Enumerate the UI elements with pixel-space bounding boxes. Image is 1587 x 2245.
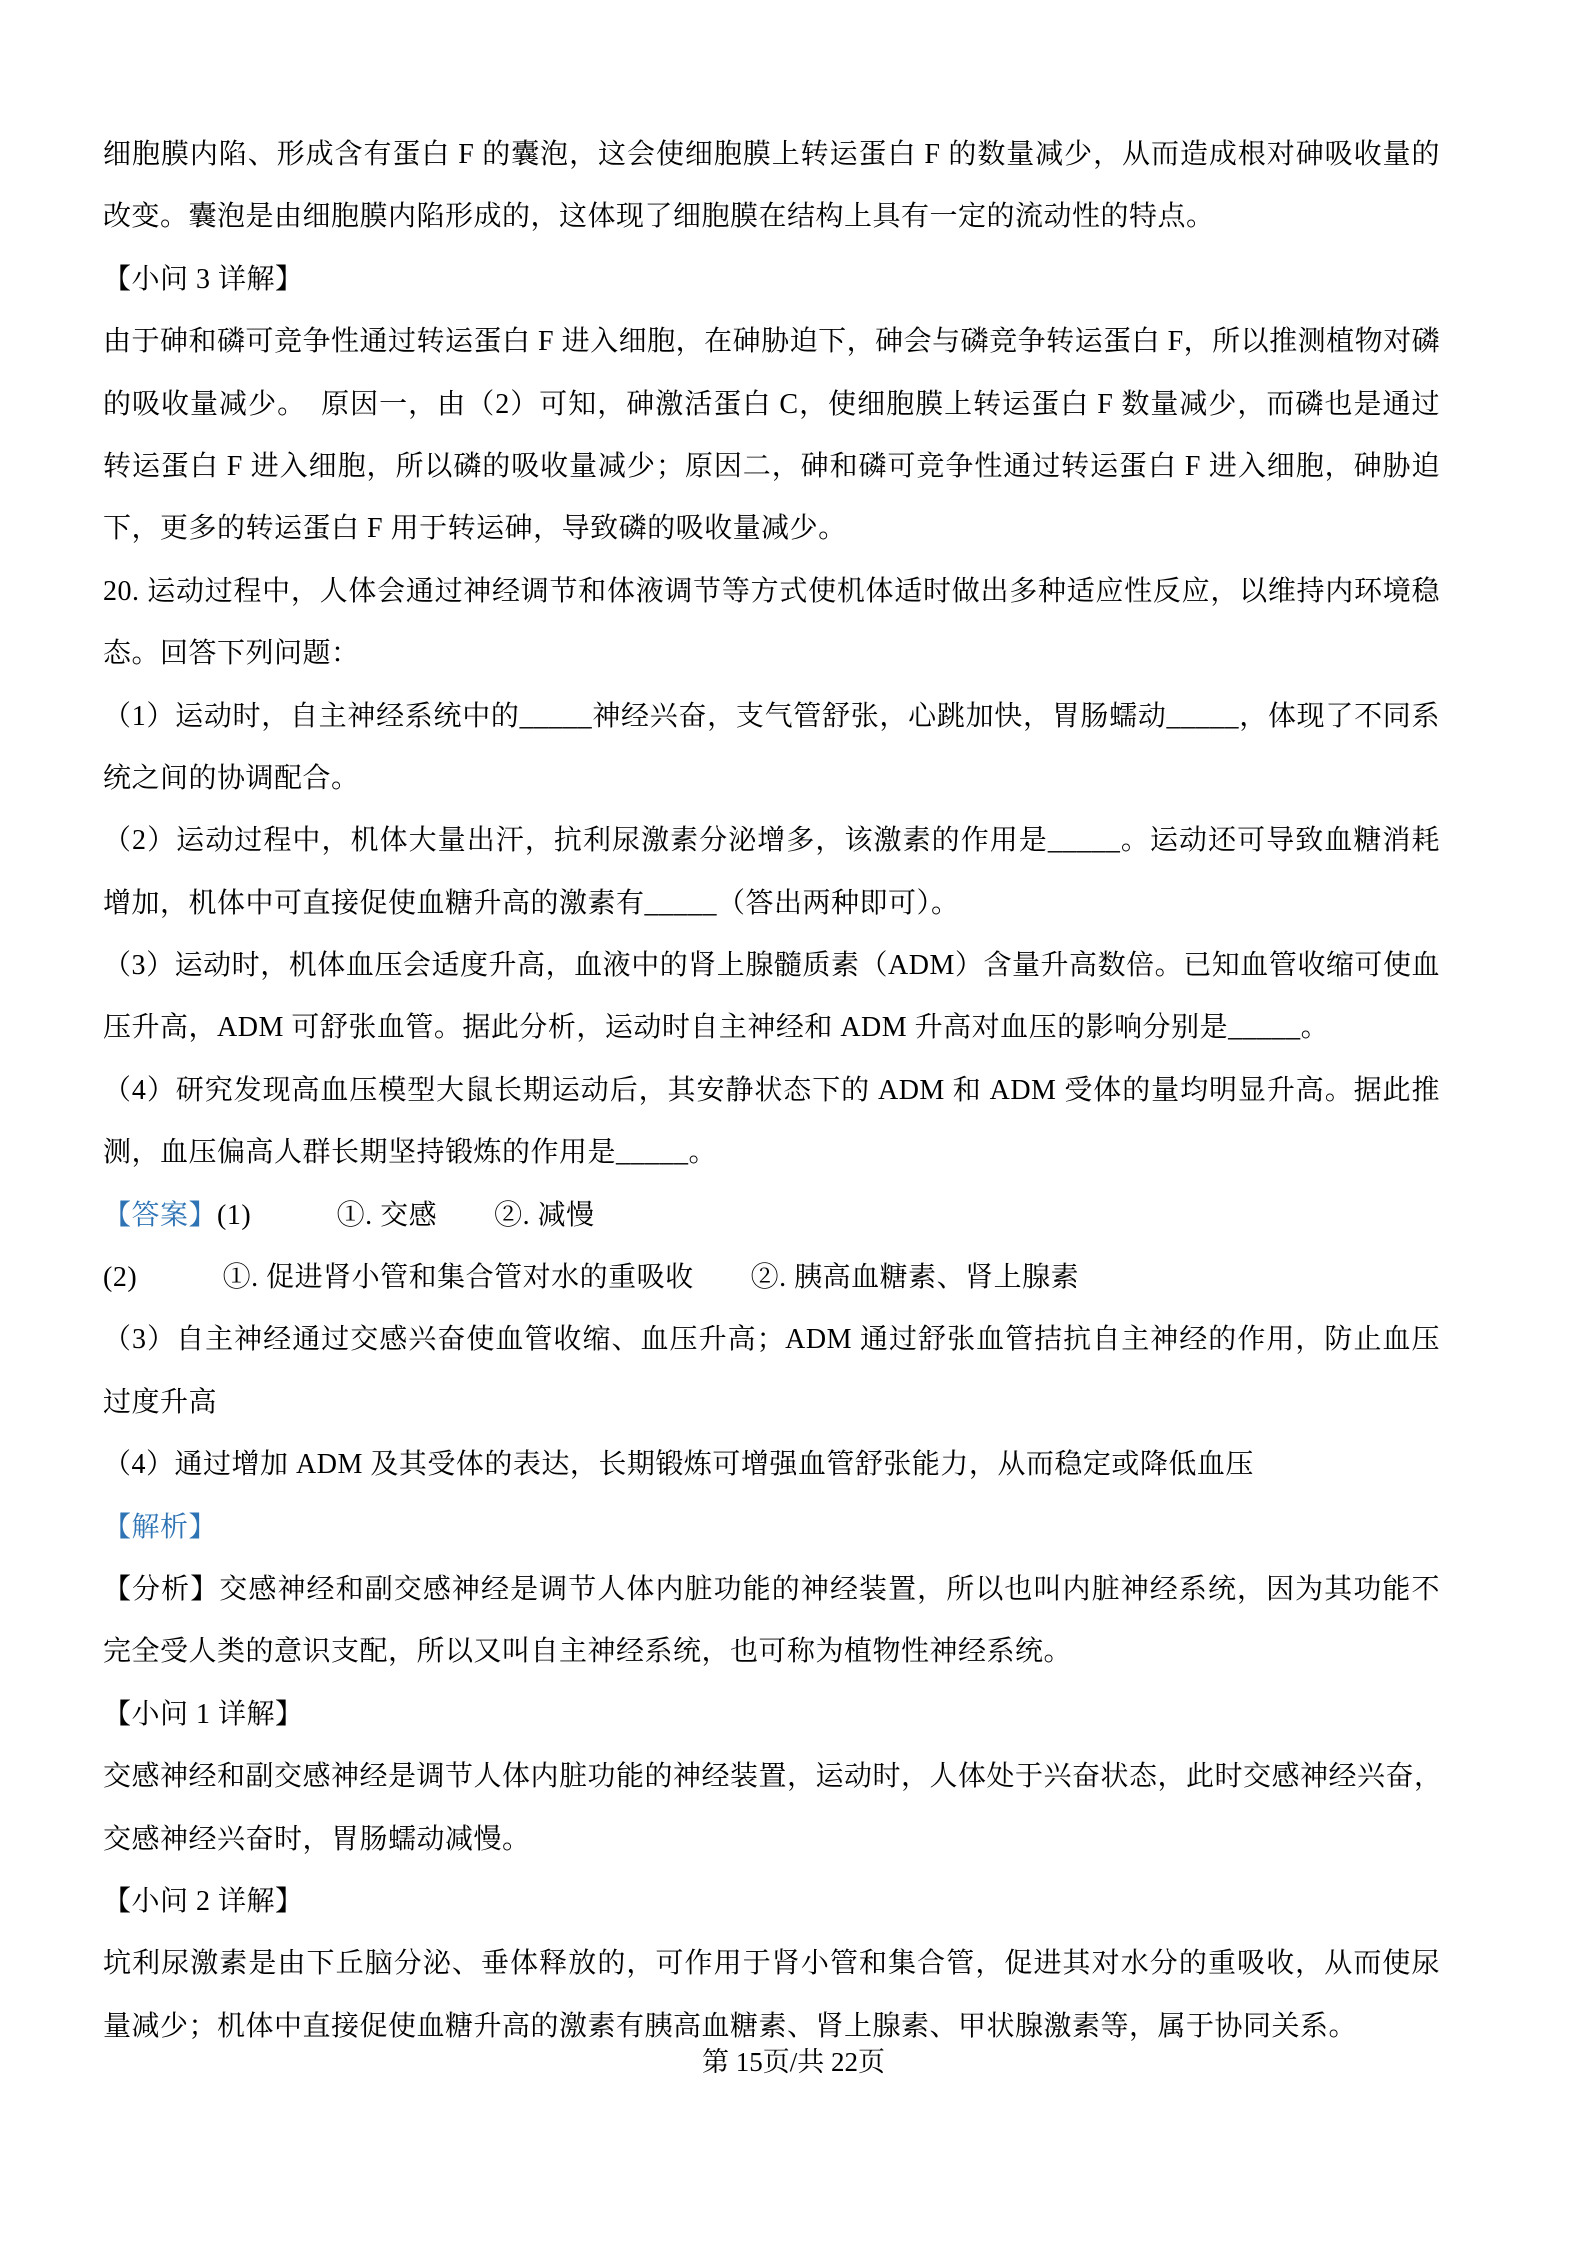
text-line: 20. 运动过程中，人体会通过神经调节和体液调节等方式使机体适时做出多种适应性反… [103,561,1440,623]
text-line: 坑利尿激素是由下丘脑分泌、垂体释放的，可作用于肾小管和集合管，促进其对水分的重吸… [103,1933,1440,1995]
line-text: 交感神经兴奋时，胃肠蠕动减慢。 [103,1824,531,1855]
line-text: （3）自主神经通过交感兴奋使血管收缩、血压升高；ADM 通过舒张血管拮抗自主神经… [103,1324,1440,1355]
line-text: 转运蛋白 F 进入细胞，所以磷的吸收量减少；原因二，砷和磷可竞争性通过转运蛋白 … [103,451,1440,482]
line-text: 改变。囊泡是由细胞膜内陷形成的，这体现了细胞膜在结构上具有一定的流动性的特点。 [103,201,1215,232]
line-text: （4）通过增加 ADM 及其受体的表达，长期锻炼可增强血管舒张能力，从而稳定或降… [103,1449,1254,1480]
text-line: 【小问 3 详解】 [103,249,1440,311]
text-line: 【小问 1 详解】 [103,1684,1440,1746]
line-text: (1) ①. 交感 ②. 减慢 [217,1200,595,1231]
text-line: （1）运动时，自主神经系统中的_____神经兴奋，支气管舒张，心跳加快，胃肠蠕动… [103,686,1440,748]
text-line: （3）运动时，机体血压会适度升高，血液中的肾上腺髓质素（ADM）含量升高数倍。已… [103,935,1440,997]
page-number: 第 15页/共 22页 [702,2047,885,2077]
line-text: 压升高，ADM 可舒张血管。据此分析，运动时自主神经和 ADM 升高对血压的影响… [103,1012,1329,1043]
line-text: 下，更多的转运蛋白 F 用于转运砷，导致磷的吸收量减少。 [103,513,847,544]
line-text: 态。回答下列问题： [103,638,360,669]
line-text: （1）运动时，自主神经系统中的_____神经兴奋，支气管舒张，心跳加快，胃肠蠕动… [103,701,1440,732]
line-text: （4）研究发现高血压模型大鼠长期运动后，其安静状态下的 ADM 和 ADM 受体… [103,1075,1440,1106]
text-line: 的吸收量减少。 原因一，由（2）可知，砷激活蛋白 C，使细胞膜上转运蛋白 F 数… [103,374,1440,436]
text-line: 转运蛋白 F 进入细胞，所以磷的吸收量减少；原因二，砷和磷可竞争性通过转运蛋白 … [103,436,1440,498]
text-line: 压升高，ADM 可舒张血管。据此分析，运动时自主神经和 ADM 升高对血压的影响… [103,997,1440,1059]
line-text: 量减少；机体中直接促使血糖升高的激素有胰高血糖素、肾上腺素、甲状腺激素等，属于协… [103,2011,1357,2042]
text-line: (2) ①. 促进肾小管和集合管对水的重吸收 ②. 胰高血糖素、肾上腺素 [103,1247,1440,1309]
text-line: 细胞膜内陷、形成含有蛋白 F 的囊泡，这会使细胞膜上转运蛋白 F 的数量减少，从… [103,124,1440,186]
line-text: 细胞膜内陷、形成含有蛋白 F 的囊泡，这会使细胞膜上转运蛋白 F 的数量减少，从… [103,139,1440,170]
line-text: 交感神经和副交感神经是调节人体内脏功能的神经装置，运动时，人体处于兴奋状态，此时… [103,1761,1443,1792]
line-text: 统之间的协调配合。 [103,763,360,794]
text-line: 态。回答下列问题： [103,623,1440,685]
line-text: 【小问 3 详解】 [103,264,304,295]
text-line: 改变。囊泡是由细胞膜内陷形成的，这体现了细胞膜在结构上具有一定的流动性的特点。 [103,186,1440,248]
text-line: 由于砷和磷可竞争性通过转运蛋白 F 进入细胞，在砷胁迫下，砷会与磷竞争转运蛋白 … [103,311,1440,373]
line-text: 坑利尿激素是由下丘脑分泌、垂体释放的，可作用于肾小管和集合管，促进其对水分的重吸… [103,1948,1440,1979]
line-text: 测，血压偏高人群长期坚持锻炼的作用是_____。 [103,1137,717,1168]
analysis-label: 【解析】 [103,1512,217,1543]
text-line: 过度升高 [103,1372,1440,1434]
line-text: （3）运动时，机体血压会适度升高，血液中的肾上腺髓质素（ADM）含量升高数倍。已… [103,950,1440,981]
text-line: 完全受人类的意识支配，所以又叫自主神经系统，也可称为植物性神经系统。 [103,1621,1440,1683]
line-text: 20. 运动过程中，人体会通过神经调节和体液调节等方式使机体适时做出多种适应性反… [103,576,1440,607]
text-line: （4）通过增加 ADM 及其受体的表达，长期锻炼可增强血管舒张能力，从而稳定或降… [103,1434,1440,1496]
line-text: 【小问 2 详解】 [103,1886,304,1917]
text-line: 【答案】(1) ①. 交感 ②. 减慢 [103,1185,1440,1247]
text-line: （3）自主神经通过交感兴奋使血管收缩、血压升高；ADM 通过舒张血管拮抗自主神经… [103,1309,1440,1371]
text-line: 【解析】 [103,1497,1440,1559]
page-footer: 第 15页/共 22页 [0,2042,1587,2082]
text-line: （2）运动过程中，机体大量出汗，抗利尿激素分泌增多，该激素的作用是_____。运… [103,810,1440,872]
line-text: 的吸收量减少。 原因一，由（2）可知，砷激活蛋白 C，使细胞膜上转运蛋白 F 数… [103,389,1440,420]
line-text: 【小问 1 详解】 [103,1699,304,1730]
text-line: 交感神经和副交感神经是调节人体内脏功能的神经装置，运动时，人体处于兴奋状态，此时… [103,1746,1440,1808]
line-text: （2）运动过程中，机体大量出汗，抗利尿激素分泌增多，该激素的作用是_____。运… [103,825,1440,856]
answer-label: 【答案】 [103,1200,217,1231]
line-text: (2) ①. 促进肾小管和集合管对水的重吸收 ②. 胰高血糖素、肾上腺素 [103,1262,1079,1293]
line-text: 增加，机体中可直接促使血糖升高的激素有_____（答出两种即可）。 [103,888,960,919]
line-text: 【分析】交感神经和副交感神经是调节人体内脏功能的神经装置，所以也叫内脏神经系统，… [103,1574,1440,1605]
document-page: 细胞膜内陷、形成含有蛋白 F 的囊泡，这会使细胞膜上转运蛋白 F 的数量减少，从… [0,0,1587,2245]
document-body: 细胞膜内陷、形成含有蛋白 F 的囊泡，这会使细胞膜上转运蛋白 F 的数量减少，从… [103,124,1440,2058]
line-text: 完全受人类的意识支配，所以又叫自主神经系统，也可称为植物性神经系统。 [103,1636,1072,1667]
text-line: 交感神经兴奋时，胃肠蠕动减慢。 [103,1809,1440,1871]
line-text: 过度升高 [103,1387,217,1418]
text-line: 统之间的协调配合。 [103,748,1440,810]
text-line: 测，血压偏高人群长期坚持锻炼的作用是_____。 [103,1122,1440,1184]
text-line: 【小问 2 详解】 [103,1871,1440,1933]
text-line: 增加，机体中可直接促使血糖升高的激素有_____（答出两种即可）。 [103,873,1440,935]
text-line: 下，更多的转运蛋白 F 用于转运砷，导致磷的吸收量减少。 [103,498,1440,560]
text-line: 【分析】交感神经和副交感神经是调节人体内脏功能的神经装置，所以也叫内脏神经系统，… [103,1559,1440,1621]
line-text: 由于砷和磷可竞争性通过转运蛋白 F 进入细胞，在砷胁迫下，砷会与磷竞争转运蛋白 … [103,326,1440,357]
text-line: （4）研究发现高血压模型大鼠长期运动后，其安静状态下的 ADM 和 ADM 受体… [103,1060,1440,1122]
